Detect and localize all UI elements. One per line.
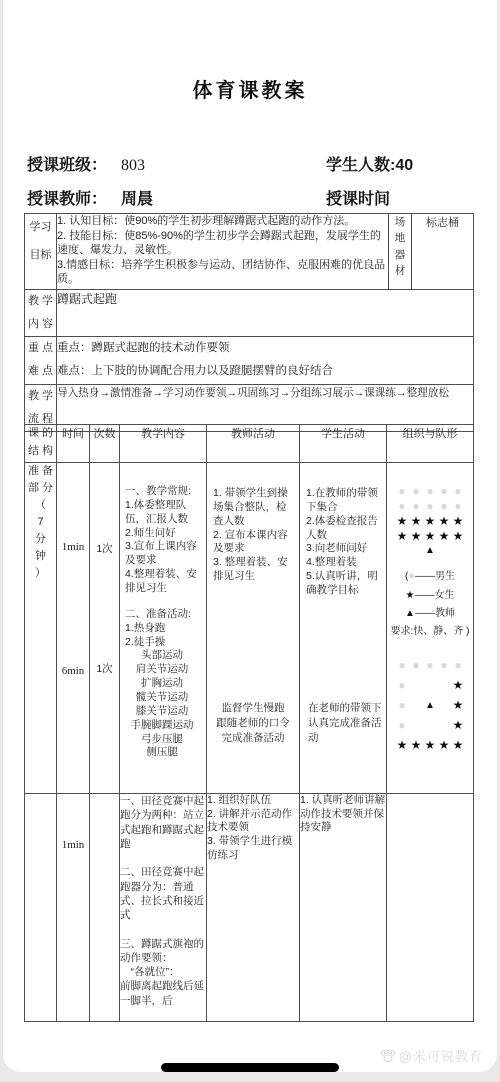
- prep-student-2: 在老师的带领下认真完成准备活动: [300, 701, 386, 747]
- header-count: 次数: [90, 425, 120, 463]
- page-title: 体育课教案: [3, 74, 497, 103]
- class-value: 803: [121, 157, 145, 175]
- basic-count-cell: [90, 794, 120, 1022]
- goals-text: 1. 认知目标：使90%的学生初步理解蹲踞式起跑的动作方法。 2. 技能目标：使…: [57, 214, 389, 290]
- prep-stage-label: 准 备 部 分 （ 7 分 钟 ）: [25, 463, 57, 794]
- header-content: 教学内容: [120, 425, 207, 463]
- basic-time: 1min: [57, 839, 89, 851]
- venue-value: 标志桶: [412, 214, 474, 290]
- header-student: 学生活动: [300, 425, 387, 463]
- basic-time-cell: 1min: [57, 794, 90, 1022]
- prep-content-cell: 一、教学常规: 1.体委整理队伍，汇报人数 2.师生问好 3.宣布上课内容及要求…: [120, 463, 207, 794]
- prep-student-1: 1.在教师的带领下集合 2.体委检查报告人数 3.向老师问好 4.整理着装 5.…: [300, 463, 386, 598]
- prep-count-2: 1次: [90, 661, 119, 676]
- teacher-label: 授课教师：: [27, 186, 107, 209]
- formation-legend: (●——男生★——女生▲——教师要求:快、静、齐 ): [387, 567, 473, 641]
- header-time: 时间: [57, 425, 90, 463]
- prep-content-moves: 头部运动 肩关节运动 扩胸运动 髋关节运动 膝关节运动 手腕脚踝运动 弓步压腿 …: [120, 649, 206, 760]
- prep-time-cell: 1min 6min: [57, 463, 90, 794]
- class-label: 授课班级：: [27, 152, 107, 175]
- formation-square-diagram: ●●●●●●★●▲★●★★★★★★: [387, 655, 473, 755]
- basic-stage-label: [25, 794, 57, 1022]
- row-preparation: 准 备 部 分 （ 7 分 钟 ） 1min 6min 1次 1次 一、教学常规…: [25, 463, 474, 794]
- document-card: 体育课教案 授课班级： 803 学生人数:40 授课教师： 周晨 授课时间 学习…: [3, 0, 497, 1072]
- prep-count-1: 1次: [90, 541, 119, 556]
- home-indicator: [161, 1063, 339, 1072]
- students-label: 学生人数:40: [326, 152, 413, 175]
- header-teacher: 教师活动: [207, 425, 300, 463]
- prep-formation-cell: ●●●●●●●●●●★★★★★★★★★★▲ (●——男生★——女生▲——教师要求…: [387, 463, 474, 794]
- basic-content-cell: 一、田径竞赛中起跑分为两种：站立式起跑和蹲踞式起跑 二、田径竞赛中起跑器分为：普…: [120, 794, 207, 1022]
- info-table: 学习 目标 1. 认知目标：使90%的学生初步理解蹲踞式起跑的动作方法。 2. …: [24, 213, 474, 432]
- grid-header-row: 课 的 结 构 时间 次数 教学内容 教师活动 学生活动 组织与队形: [25, 425, 474, 463]
- watermark-paw-icon: [380, 1049, 396, 1063]
- watermark: @米可锐教育: [380, 1046, 483, 1065]
- prep-time-2: 6min: [57, 665, 89, 677]
- venue-label: 场 地 器 材: [389, 214, 412, 290]
- content-value: 蹲踞式起跑: [57, 290, 474, 337]
- basic-teacher-cell: 1. 组织好队伍 2. 讲解并示范动作技术要领 3. 带领学生进行模仿练习: [207, 794, 300, 1022]
- row-basic: 1min 一、田径竞赛中起跑分为两种：站立式起跑和蹲踞式起跑 二、田径竞赛中起跑…: [25, 794, 474, 1022]
- header-formation: 组织与队形: [387, 425, 474, 463]
- basic-formation-cell: [387, 794, 474, 1022]
- prep-count-cell: 1次 1次: [90, 463, 120, 794]
- prep-student-cell: 1.在教师的带领下集合 2.体委检查报告人数 3.向老师问好 4.整理着装 5.…: [300, 463, 387, 794]
- prep-teacher-1: 1. 带领学生到操场集合整队，检查人数 2. 宣布本课内容及要求 3. 整理着装…: [207, 463, 299, 584]
- goals-label: 学习 目标: [25, 214, 57, 290]
- header-structure: 课 的 结 构: [25, 425, 57, 463]
- time-label: 授课时间: [326, 186, 390, 209]
- prep-teacher-cell: 1. 带领学生到操场集合整队，检查人数 2. 宣布本课内容及要求 3. 整理着装…: [207, 463, 300, 794]
- points-text: 重点：蹲踞式起跑的技术动作要领 难点：上下肢的协调配合用力以及蹬腿摆臂的良好结合: [57, 337, 474, 385]
- page: { "page": {"background":"#e9e9e9","card"…: [0, 0, 500, 1082]
- meta-row-1: 授课班级： 803 学生人数:40: [27, 152, 479, 178]
- formation-lineup-diagram: ●●●●●●●●●●★★★★★★★★★★▲: [387, 483, 473, 558]
- watermark-text: @米可锐教育: [399, 1046, 483, 1065]
- content-label: 教 学 内 容: [25, 290, 57, 337]
- lesson-grid: 课 的 结 构 时间 次数 教学内容 教师活动 学生活动 组织与队形 准 备 部…: [24, 424, 474, 1022]
- teacher-value: 周晨: [121, 186, 153, 209]
- points-label: 重 点 难 点: [25, 337, 57, 385]
- prep-content-routine: 一、教学常规: 1.体委整理队伍，汇报人数 2.师生问好 3.宣布上课内容及要求…: [120, 463, 206, 596]
- prep-time-1: 1min: [57, 541, 89, 553]
- prep-content-warmup: 二、准备活动: 1.热身跑 2.徒手操: [120, 596, 206, 650]
- meta-row-2: 授课教师： 周晨 授课时间: [27, 186, 479, 212]
- basic-student-cell: 1. 认真听老师讲解动作技术要领并保持安静: [300, 794, 387, 1022]
- prep-teacher-2: 监督学生慢跑 跟随老师的口令 完成准备活动: [207, 701, 299, 747]
